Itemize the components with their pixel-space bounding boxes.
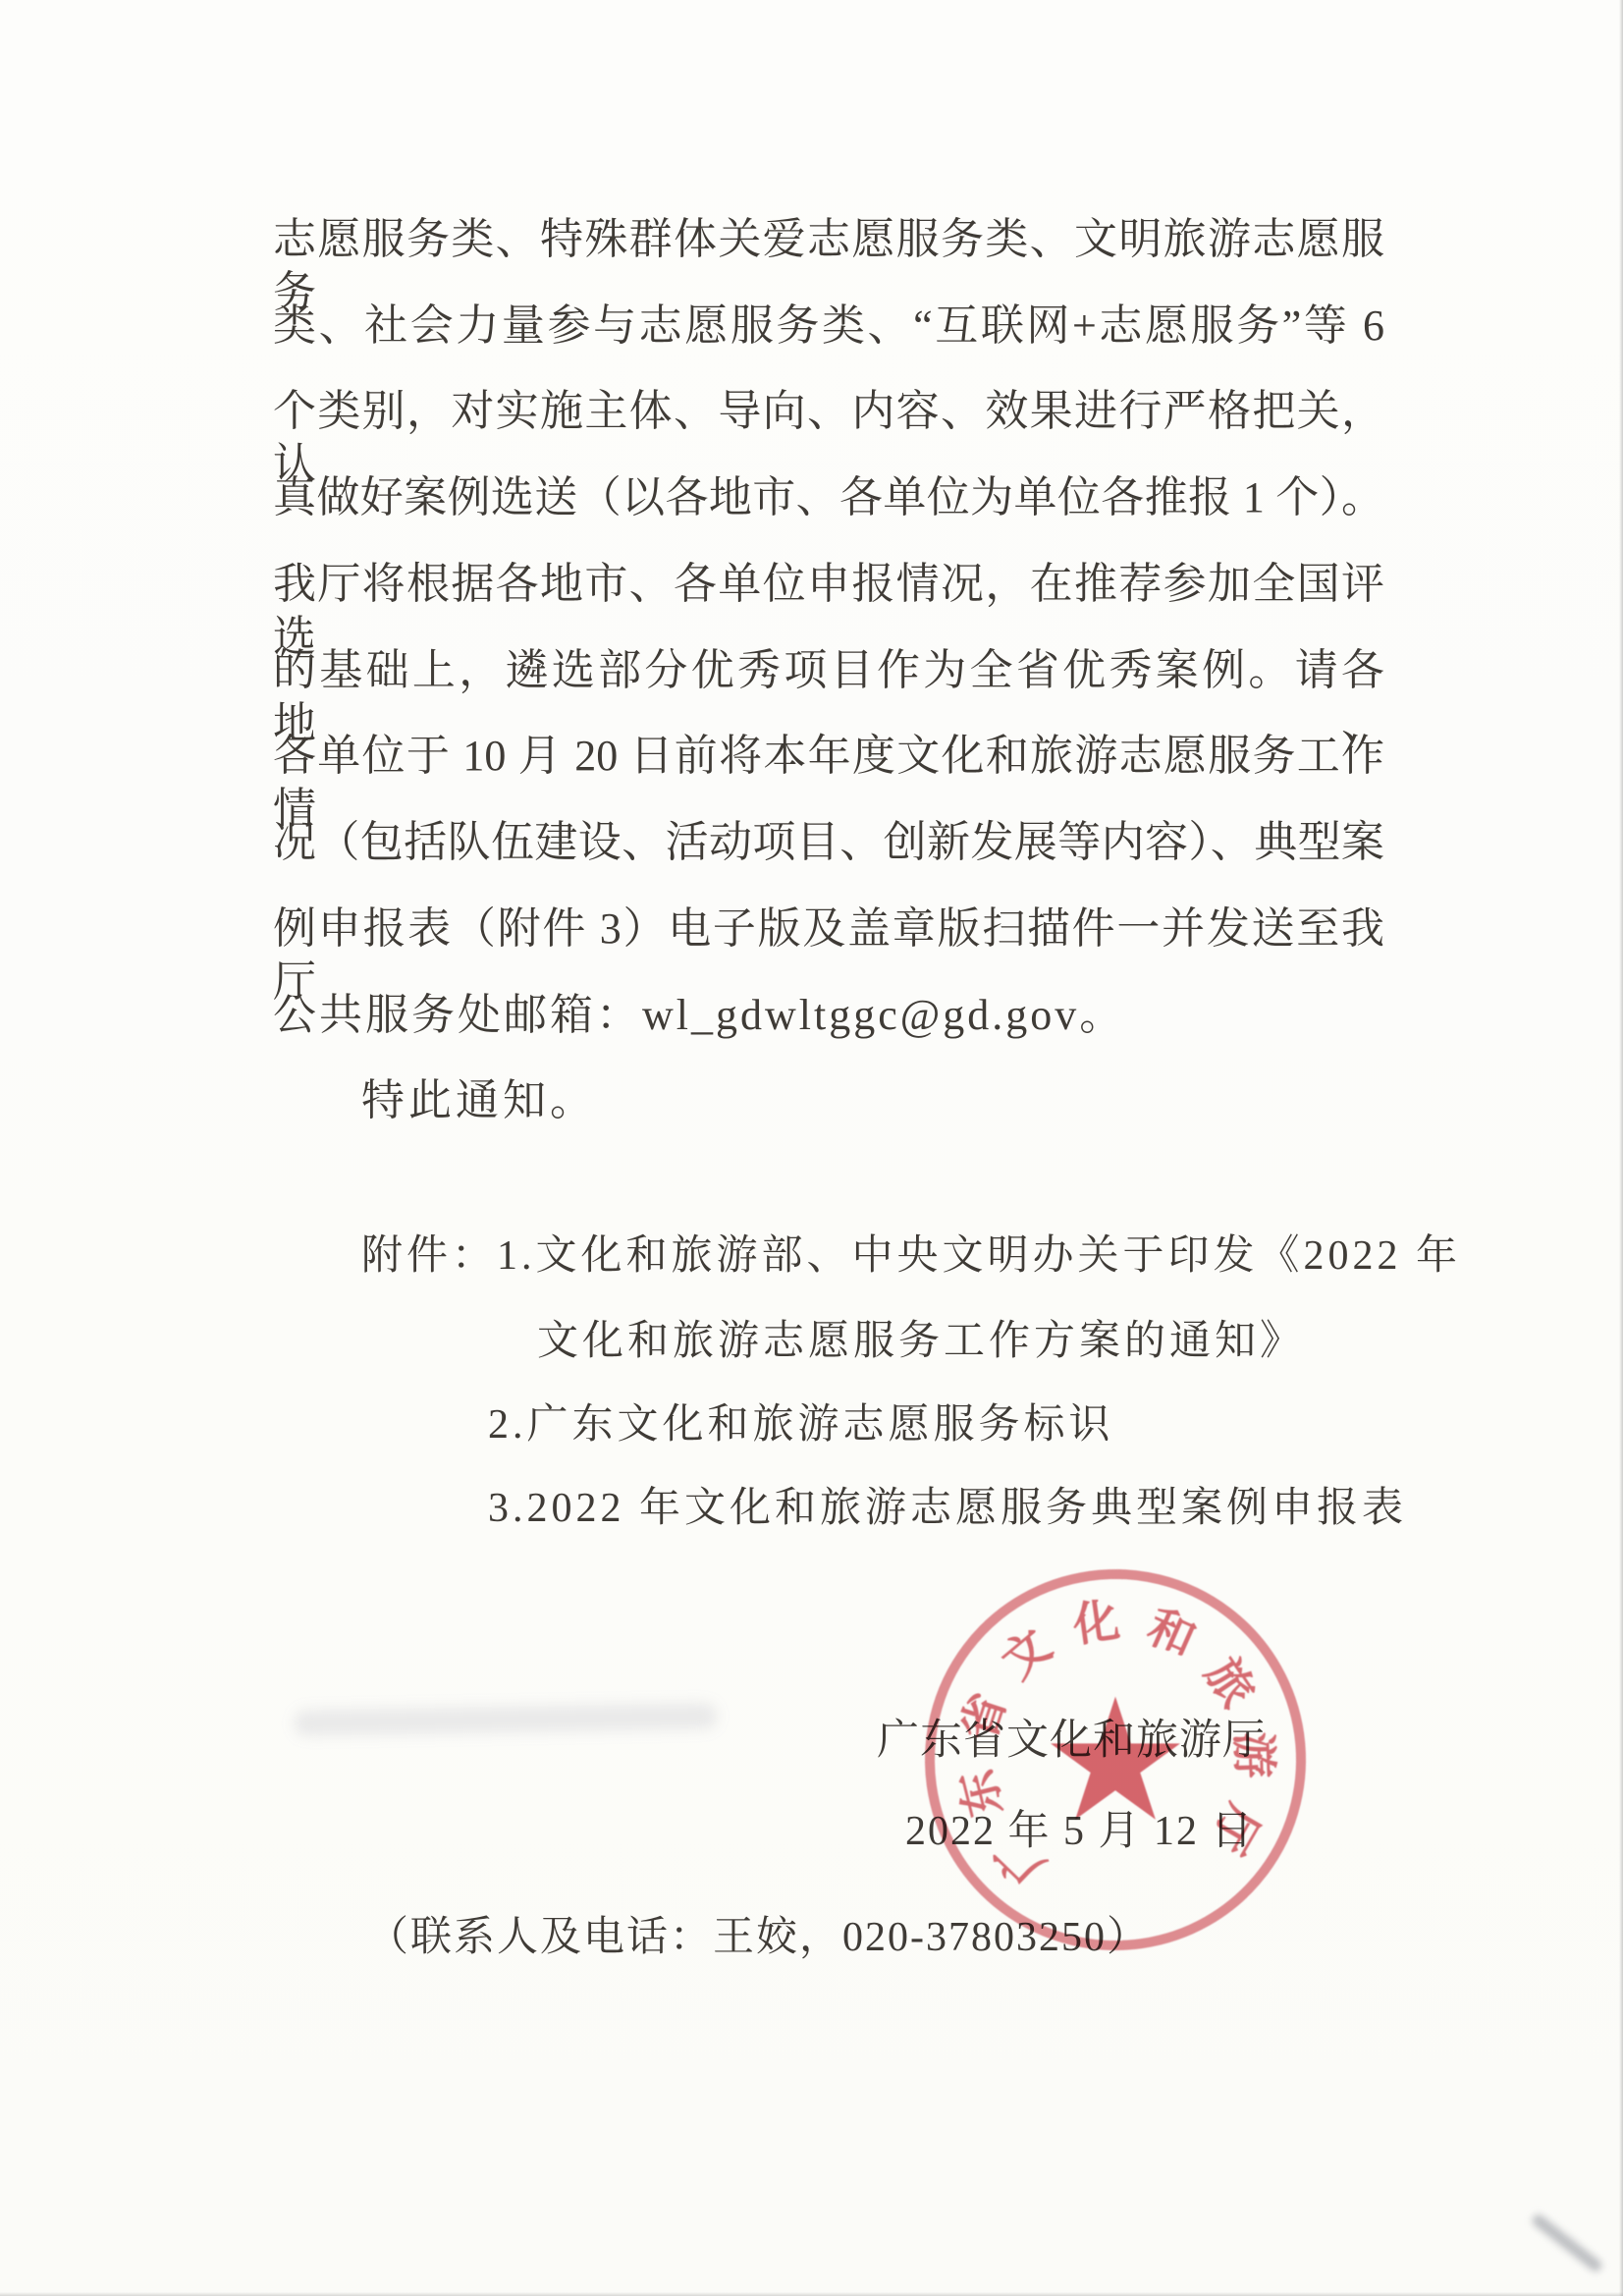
attachment-item-continuation: 文化和旅游志愿服务工作方案的通知》 (537, 1315, 1305, 1368)
body-line: 真做好案例选送（以各地市、各单位为单位各推报 1 个）。 (273, 471, 1384, 524)
attachment-item: 1.文化和旅游部、中央文明办关于印发《2022 年 (497, 1233, 1461, 1279)
attachment-item: 2.广东文化和旅游志愿服务标识 (488, 1398, 1114, 1451)
seal-star-icon: ★ (935, 1579, 1296, 1941)
scan-edge-right (1619, 0, 1623, 2296)
scanned-notice-page: 志愿服务类、特殊群体关爱志愿服务类、文明旅游志愿服务 类、社会力量参与志愿服务类… (0, 0, 1623, 2296)
attachment-item: 3.2022 年文化和旅游志愿服务典型案例申报表 (488, 1482, 1407, 1535)
attachment-row: 附件：1.文化和旅游部、中央文明办关于印发《2022 年 (361, 1230, 1461, 1283)
scan-corner-artifact (1530, 2213, 1603, 2273)
attachments-label: 附件： (361, 1233, 497, 1279)
body-line-email: 公共服务处邮箱：wl_gdwltggc@gd.gov。 (273, 989, 1384, 1042)
closing-line: 特此通知。 (361, 1074, 597, 1127)
body-line: 况（包括队伍建设、活动项目、创新发展等内容）、典型案 (273, 816, 1384, 869)
official-seal: 广 东 省 文 化 和 旅 游 厅 ★ (900, 1545, 1330, 1975)
body-line: 类、社会力量参与志愿服务类、“互联网+志愿服务”等 6 (273, 300, 1384, 353)
scan-smudge-artifact (295, 1703, 717, 1736)
scan-edge-bottom (0, 2292, 1623, 2296)
